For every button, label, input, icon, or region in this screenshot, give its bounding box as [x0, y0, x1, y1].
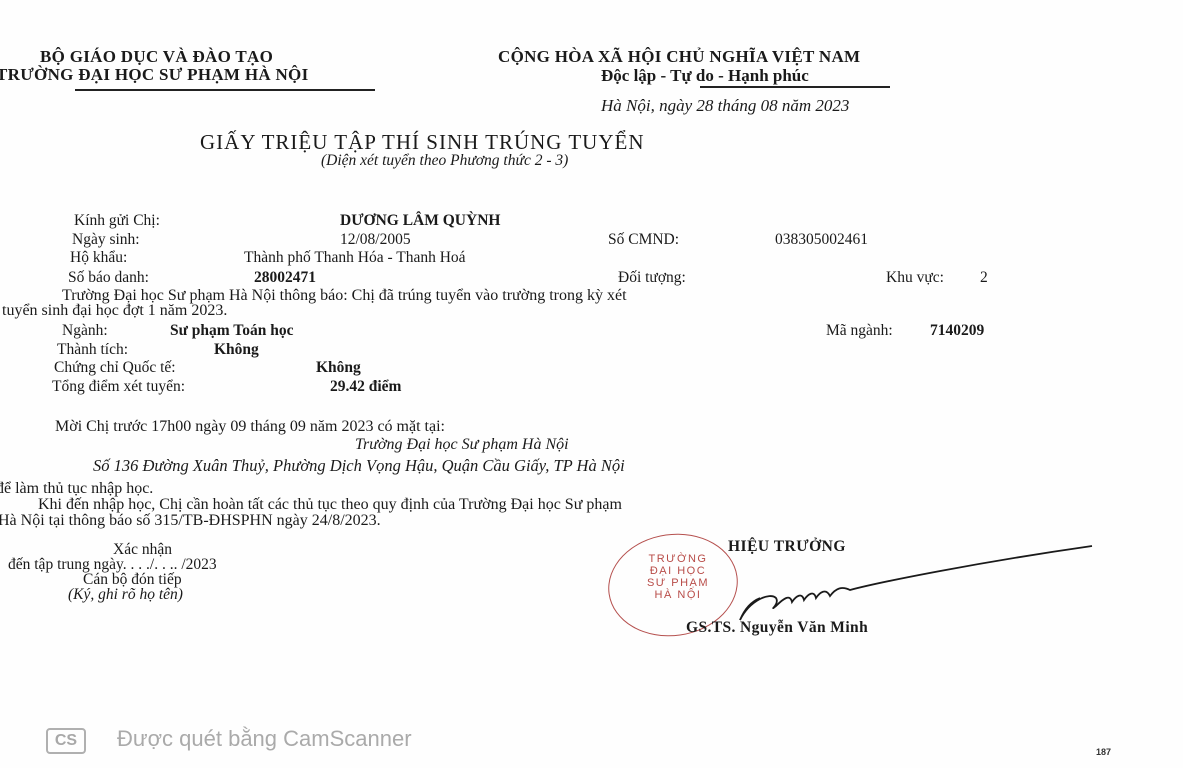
procedure-line-2: Hà Nội tại thông báo số 315/TB-ĐHSPHN ng…: [0, 512, 381, 530]
motto-underline: [700, 86, 890, 88]
id-value: 038305002461: [775, 231, 868, 249]
motto: Độc lập - Tự do - Hạnh phúc: [601, 66, 809, 86]
page-number: 187: [1096, 747, 1111, 757]
major-value: Sư phạm Toán học: [170, 322, 293, 340]
id-label: Số CMND:: [608, 231, 679, 249]
region-value: 2: [980, 269, 988, 287]
achievement-value: Không: [214, 341, 259, 359]
region-label: Khu vực:: [886, 269, 944, 287]
nation-name: CỘNG HÒA XÃ HỘI CHỦ NGHĨA VIỆT NAM: [498, 47, 860, 67]
residence-value: Thành phố Thanh Hóa - Thanh Hoá: [244, 249, 466, 267]
document-subtitle: (Diện xét tuyển theo Phương thức 2 - 3): [321, 152, 568, 170]
venue: Trường Đại học Sư phạm Hà Nội: [355, 436, 569, 454]
dob-value: 12/08/2005: [340, 231, 411, 249]
ministry-name: BỘ GIÁO DỤC VÀ ĐÀO TẠO: [40, 47, 273, 67]
school-name: TRƯỜNG ĐẠI HỌC SƯ PHẠM HÀ NỘI: [0, 65, 309, 85]
major-code-value: 7140209: [930, 322, 984, 340]
major-label: Ngành:: [62, 322, 108, 340]
signature-scribble: [680, 540, 1100, 630]
score-label: Tổng điểm xét tuyển:: [52, 378, 185, 396]
address: Số 136 Đường Xuân Thuỷ, Phường Dịch Vọng…: [93, 456, 625, 476]
dob-label: Ngày sinh:: [72, 231, 140, 249]
residence-label: Hộ khẩu:: [70, 249, 127, 267]
notice-line-2: tuyển sinh đại học đợt 1 năm 2023.: [2, 302, 227, 320]
camscanner-logo: CS: [46, 728, 86, 754]
candidate-name: DƯƠNG LÂM QUỲNH: [340, 212, 500, 230]
greeting-label: Kính gửi Chị:: [74, 212, 160, 230]
achievement-label: Thành tích:: [57, 341, 128, 359]
confirm-line-4: (Ký, ghi rõ họ tên): [68, 586, 183, 604]
principal-name: GS.TS. Nguyễn Văn Minh: [686, 619, 868, 637]
sbd-value: 28002471: [254, 269, 316, 287]
place-date: Hà Nội, ngày 28 tháng 08 năm 2023: [601, 96, 849, 116]
certificate-label: Chứng chỉ Quốc tế:: [54, 359, 176, 377]
invitation-line: Mời Chị trước 17h00 ngày 09 tháng 09 năm…: [55, 418, 445, 436]
school-underline: [75, 89, 375, 91]
score-value: 29.42 điểm: [330, 378, 401, 396]
sbd-label: Số báo danh:: [68, 269, 149, 287]
major-code-label: Mã ngành:: [826, 322, 893, 340]
camscanner-watermark: Được quét bằng CamScanner: [117, 726, 412, 752]
target-label: Đối tượng:: [618, 269, 686, 287]
certificate-value: Không: [316, 359, 361, 377]
